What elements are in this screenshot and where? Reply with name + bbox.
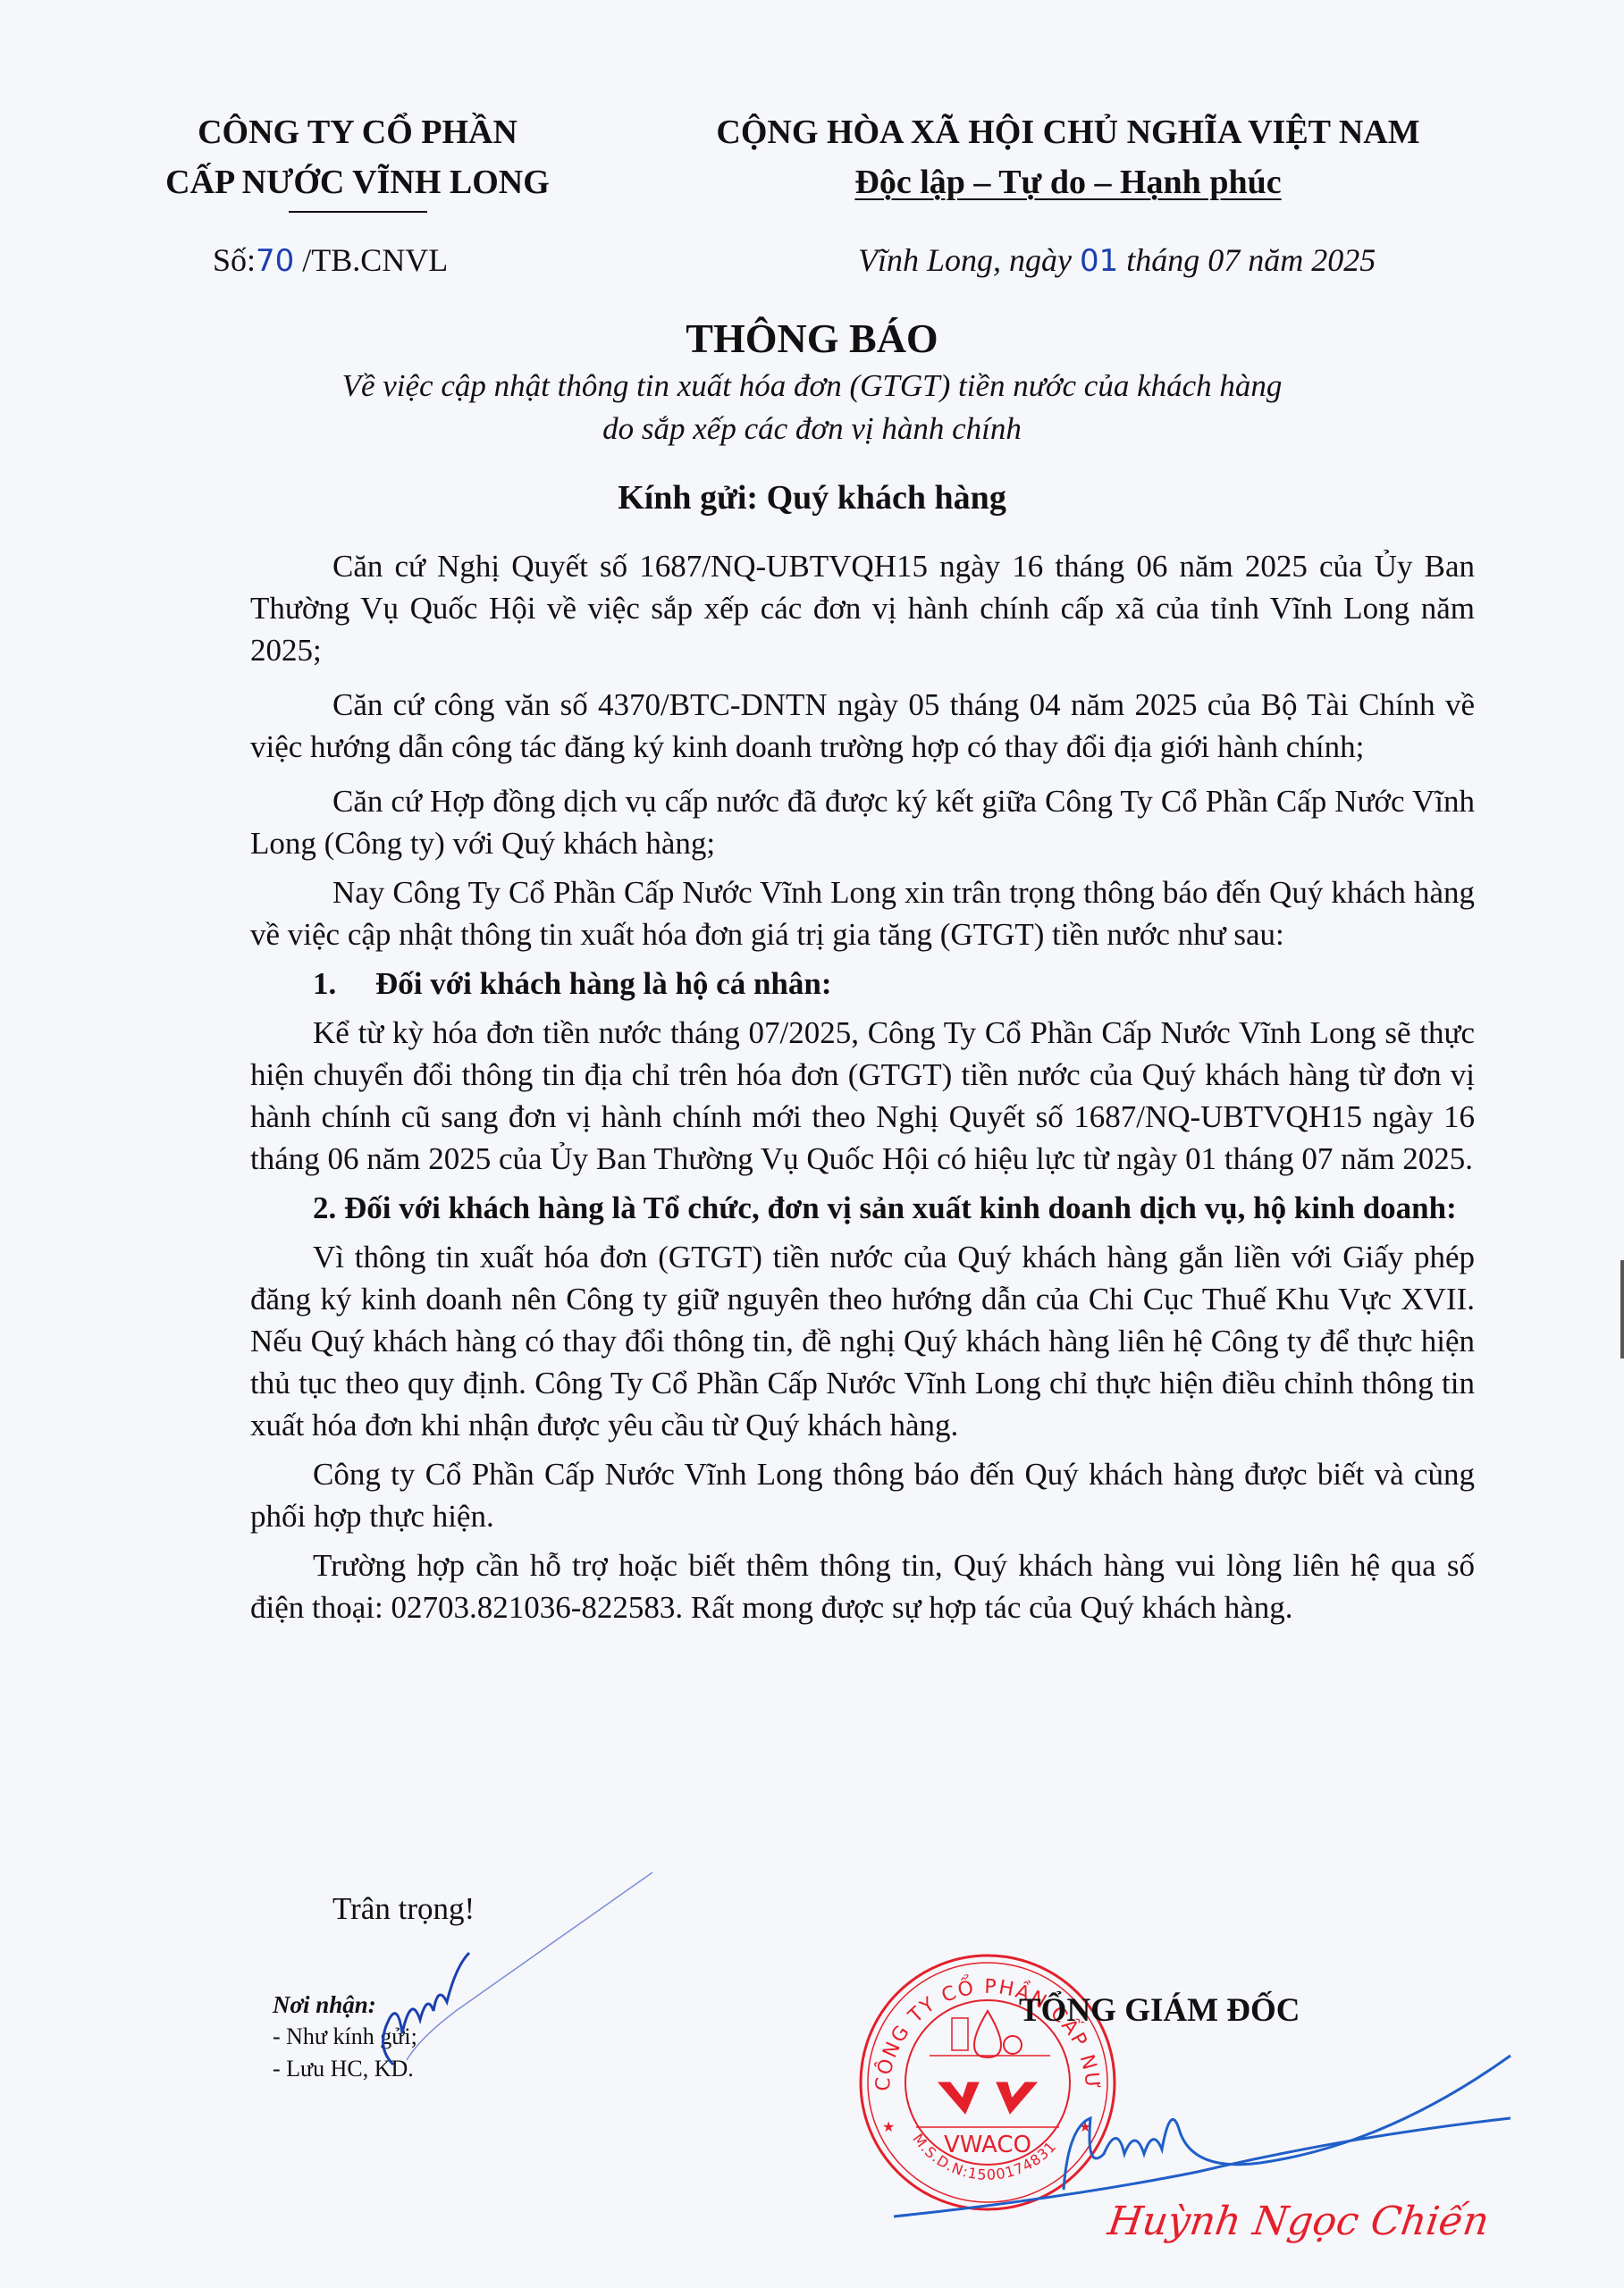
subtitle-line2: do sắp xếp các đơn vị hành chính xyxy=(0,408,1624,450)
date-before: Vĩnh Long, ngày xyxy=(858,242,1080,278)
paragraph-notice: Công ty Cổ Phần Cấp Nước Vĩnh Long thông… xyxy=(250,1453,1475,1537)
company-name-line2: CẤP NƯỚC VĨNH LONG xyxy=(134,157,581,207)
scan-edge-mark xyxy=(1620,1260,1624,1358)
date-line: Vĩnh Long, ngày 01 tháng 07 năm 2025 xyxy=(858,241,1376,279)
national-motto: Độc lập – Tự do – Hạnh phúc xyxy=(854,164,1281,201)
stamp-center-text: VWACO xyxy=(944,2132,1031,2158)
salutation: Kính gửi: Quý khách hàng xyxy=(0,478,1624,517)
date-day-handwritten: 01 xyxy=(1080,243,1118,279)
company-name-line1: CÔNG TY CỔ PHẦN xyxy=(134,107,581,157)
document-page: CÔNG TY CỔ PHẦN CẤP NƯỚC VĨNH LONG CỘNG … xyxy=(0,0,1624,2288)
header-underline xyxy=(289,211,427,213)
svg-text:★: ★ xyxy=(882,2118,895,2135)
doc-number-prefix: Số: xyxy=(213,242,256,278)
paragraph-contact: Trường hợp cần hỗ trợ hoặc biết thêm thô… xyxy=(250,1544,1475,1628)
signer-title: TỔNG GIÁM ĐỐC xyxy=(1019,1991,1300,2030)
doc-number-suffix: /TB.CNVL xyxy=(294,242,448,278)
document-subtitle: Về việc cập nhật thông tin xuất hóa đơn … xyxy=(0,365,1624,450)
document-number: Số:70 /TB.CNVL xyxy=(213,241,448,279)
recipient-item: - Như kính gửi; xyxy=(273,2021,417,2053)
company-header: CÔNG TY CỔ PHẦN CẤP NƯỚC VĨNH LONG xyxy=(134,107,581,213)
section-1-title: Đối với khách hàng là hộ cá nhân: xyxy=(375,966,832,1001)
signer-name: Huỳnh Ngọc Chiến xyxy=(1105,2199,1492,2244)
nation-name: CỘNG HÒA XÃ HỘI CHỦ NGHĨA VIỆT NAM xyxy=(679,107,1457,157)
section-1-number: 1. xyxy=(313,963,375,1005)
document-body: Căn cứ Nghị Quyết số 1687/NQ-UBTVQH15 ng… xyxy=(250,545,1475,1636)
doc-number-handwritten: 70 xyxy=(256,243,294,279)
recipients-block: Nơi nhận: - Như kính gửi; - Lưu HC, KD. xyxy=(273,1989,417,2085)
section-1-heading: 1.Đối với khách hàng là hộ cá nhân: xyxy=(250,963,1475,1005)
svg-text:★: ★ xyxy=(1079,2118,1091,2135)
subtitle-line1: Về việc cập nhật thông tin xuất hóa đơn … xyxy=(0,365,1624,408)
national-header: CỘNG HÒA XÃ HỘI CHỦ NGHĨA VIỆT NAM Độc l… xyxy=(679,107,1457,207)
recipients-label: Nơi nhận: xyxy=(273,1989,417,2021)
date-after: tháng 07 năm 2025 xyxy=(1118,242,1376,278)
recipient-item: - Lưu HC, KD. xyxy=(273,2053,417,2085)
paragraph-announcement: Nay Công Ty Cổ Phần Cấp Nước Vĩnh Long x… xyxy=(250,871,1475,955)
document-title: THÔNG BÁO xyxy=(0,315,1624,362)
company-stamp: CÔNG TY CỔ PHẦN CẤP NƯỚC VĨNH LONG M.S.D… xyxy=(854,1948,1122,2216)
paragraph-section-1: Kể từ kỳ hóa đơn tiền nước tháng 07/2025… xyxy=(250,1012,1475,1180)
paragraph-legal-basis-2: Căn cứ công văn số 4370/BTC-DNTN ngày 05… xyxy=(250,684,1475,768)
closing-remark: Trân trọng! xyxy=(332,1891,475,1927)
section-2-heading: 2. Đối với khách hàng là Tổ chức, đơn vị… xyxy=(250,1187,1475,1229)
paragraph-section-2: Vì thông tin xuất hóa đơn (GTGT) tiền nư… xyxy=(250,1236,1475,1446)
paragraph-legal-basis-1: Căn cứ Nghị Quyết số 1687/NQ-UBTVQH15 ng… xyxy=(250,545,1475,671)
paragraph-legal-basis-3: Căn cứ Hợp đồng dịch vụ cấp nước đã được… xyxy=(250,780,1475,864)
